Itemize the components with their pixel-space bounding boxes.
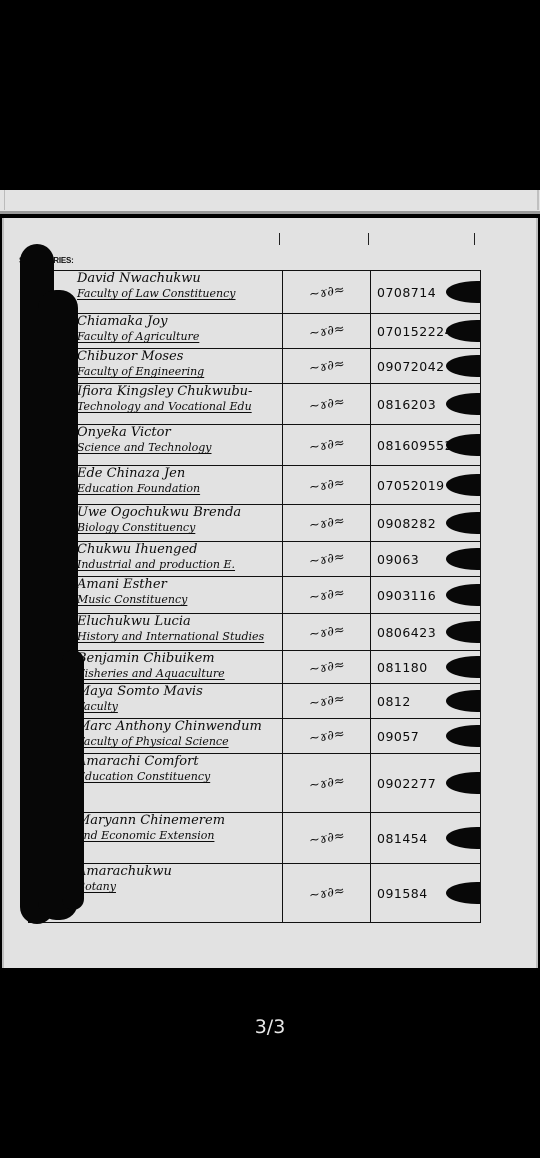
redaction-mark [62, 650, 84, 910]
phone-number: 0903116 [377, 588, 436, 603]
ruler-mark [368, 233, 369, 245]
table-row: Maya Somto MavisFaculty~ɤ∂≈0812 [29, 684, 481, 719]
signatory-name: Eluchukwu Lucia [77, 614, 282, 630]
signature-mark: ~ɤ∂≈ [308, 883, 346, 903]
signature-cell: ~ɤ∂≈ [283, 719, 371, 753]
signatory-name: Amarachi Comfort [77, 754, 282, 770]
signature-cell: ~ɤ∂≈ [283, 314, 371, 348]
phone-number: 0708714 [377, 285, 436, 300]
phone-cell: 081180 [371, 651, 481, 683]
phone-cell: 0806423 [371, 614, 481, 650]
signatory-name: Uwe Ogochukwu Brenda [77, 505, 282, 521]
signature-cell: ~ɤ∂≈ [283, 651, 371, 683]
table-row: Amani EstherMusic Constituency~ɤ∂≈090311… [29, 577, 481, 614]
signatory-name: Chiamaka Joy [77, 314, 282, 330]
signatory-faculty: Education Constituency [77, 770, 282, 784]
phone-redaction-scribble [446, 584, 481, 606]
signature-mark: ~ɤ∂≈ [308, 513, 346, 533]
phone-number: 09057 [377, 729, 419, 744]
signature-cell: ~ɤ∂≈ [283, 384, 371, 424]
signatory-faculty: Education Foundation [77, 482, 282, 496]
previous-page-edge [0, 190, 540, 214]
signatory-faculty: History and International Studies [77, 630, 282, 644]
phone-number: 0902277 [377, 776, 436, 791]
phone-redaction-scribble [446, 690, 481, 712]
phone-cell: 09057 [371, 719, 481, 753]
signature-mark: ~ɤ∂≈ [308, 726, 346, 746]
signatory-faculty: Biology Constituency [77, 521, 282, 535]
signatory-name: Chibuzor Moses [77, 349, 282, 365]
phone-number: 070152224 [377, 324, 453, 339]
phone-redaction-scribble [446, 548, 481, 570]
signatory-faculty: and Economic Extension [77, 829, 282, 843]
signature-cell: ~ɤ∂≈ [283, 614, 371, 650]
signature-cell: ~ɤ∂≈ [283, 466, 371, 504]
signatory-faculty: Botany [77, 880, 282, 894]
signatory-faculty: Faculty [77, 700, 282, 714]
phone-redaction-scribble [446, 882, 481, 904]
signatory-name: Marc Anthony Chinwendum [77, 719, 282, 735]
signatory-faculty: Industrial and production E. [77, 558, 282, 572]
signature-mark: ~ɤ∂≈ [308, 549, 346, 569]
signatory-faculty: Faculty of Engineering [77, 365, 282, 379]
signatory-name: Maya Somto Mavis [77, 684, 282, 700]
signature-mark: ~ɤ∂≈ [308, 435, 346, 455]
signature-mark: ~ɤ∂≈ [308, 657, 346, 677]
signatory-name: Amani Esther [77, 577, 282, 593]
table-row: Chukwu IhuengedIndustrial and production… [29, 542, 481, 577]
signature-mark: ~ɤ∂≈ [308, 282, 346, 302]
signatory-faculty: Fisheries and Aquaculture [77, 667, 282, 681]
phone-redaction-scribble [446, 512, 481, 534]
signature-mark: ~ɤ∂≈ [308, 475, 346, 495]
phone-redaction-scribble [446, 281, 481, 303]
phone-number: 09072042 [377, 359, 445, 374]
phone-redaction-scribble [446, 474, 481, 496]
phone-number: 07052019 [377, 478, 445, 493]
table-row: Amarachi ComfortEducation Constituency~ɤ… [29, 754, 481, 813]
signature-mark: ~ɤ∂≈ [308, 828, 346, 848]
phone-cell: 09063 [371, 542, 481, 576]
phone-number: 081180 [377, 660, 428, 675]
signature-mark: ~ɤ∂≈ [308, 321, 346, 341]
table-row: David NwachukwuFaculty of Law Constituen… [29, 271, 481, 314]
signature-cell: ~ɤ∂≈ [283, 864, 371, 922]
phone-number: 081454 [377, 831, 428, 846]
signature-mark: ~ɤ∂≈ [308, 622, 346, 642]
signature-cell: ~ɤ∂≈ [283, 349, 371, 383]
signatory-faculty: Music Constituency [77, 593, 282, 607]
signatory-faculty: Faculty of Physical Science [77, 735, 282, 749]
signatories-table: David NwachukwuFaculty of Law Constituen… [28, 270, 481, 923]
table-row: Ifiora Kingsley Chukwubu-Technology and … [29, 384, 481, 425]
table-row: Chibuzor MosesFaculty of Engineering~ɤ∂≈… [29, 349, 481, 384]
table-row: Onyeka VictorScience and Technology~ɤ∂≈0… [29, 425, 481, 466]
signature-cell: ~ɤ∂≈ [283, 542, 371, 576]
signatory-name: Maryann Chinemerem [77, 813, 282, 829]
phone-redaction-scribble [446, 621, 481, 643]
phone-cell: 0902277 [371, 754, 481, 812]
signature-mark: ~ɤ∂≈ [308, 356, 346, 376]
phone-redaction-scribble [446, 827, 481, 849]
phone-number: 0812 [377, 694, 411, 709]
table-row: AmarachukwuBotany~ɤ∂≈091584 [29, 864, 481, 923]
phone-cell: 0708714 [371, 271, 481, 313]
signature-cell: ~ɤ∂≈ [283, 425, 371, 465]
phone-cell: 0812 [371, 684, 481, 718]
phone-cell: 07052019 [371, 466, 481, 504]
signatory-name: Chukwu Ihuenged [77, 542, 282, 558]
phone-cell: 0816203 [371, 384, 481, 424]
table-row: Ede Chinaza JenEducation Foundation~ɤ∂≈0… [29, 466, 481, 505]
signatory-name: Benjamin Chibuikem [77, 651, 282, 667]
table-row: Maryann Chinemeremand Economic Extension… [29, 813, 481, 864]
phone-cell: 070152224 [371, 314, 481, 348]
signatory-faculty: Science and Technology [77, 441, 282, 455]
table-row: Chiamaka JoyFaculty of Agriculture~ɤ∂≈07… [29, 314, 481, 349]
signatory-name: Amarachukwu [77, 864, 282, 880]
phone-number: 09063 [377, 552, 419, 567]
ruler-mark [474, 233, 475, 245]
signature-mark: ~ɤ∂≈ [308, 773, 346, 793]
phone-redaction-scribble [446, 772, 481, 794]
signature-cell: ~ɤ∂≈ [283, 754, 371, 812]
table-row: Marc Anthony ChinwendumFaculty of Physic… [29, 719, 481, 754]
signatory-name: Ifiora Kingsley Chukwubu- [77, 384, 282, 400]
phone-cell: 091584 [371, 864, 481, 922]
phone-cell: 0903116 [371, 577, 481, 613]
phone-number: 0806423 [377, 625, 436, 640]
table-row: Uwe Ogochukwu BrendaBiology Constituency… [29, 505, 481, 542]
phone-cell: 081454 [371, 813, 481, 863]
signatory-faculty: Faculty of Law Constituency [77, 287, 282, 301]
signature-mark: ~ɤ∂≈ [308, 585, 346, 605]
signatory-name: David Nwachukwu [77, 271, 282, 287]
phone-number: 0816203 [377, 397, 436, 412]
signature-cell: ~ɤ∂≈ [283, 505, 371, 541]
signatory-name: Ede Chinaza Jen [77, 466, 282, 482]
phone-redaction-scribble [446, 355, 481, 377]
signatory-faculty: Faculty of Agriculture [77, 330, 282, 344]
table-row: Benjamin ChibuikemFisheries and Aquacult… [29, 651, 481, 684]
phone-cell: 08160955220 [371, 425, 481, 465]
signature-cell: ~ɤ∂≈ [283, 813, 371, 863]
signature-mark: ~ɤ∂≈ [308, 394, 346, 414]
phone-redaction-scribble [446, 656, 481, 678]
signatory-name: Onyeka Victor [77, 425, 282, 441]
signature-cell: ~ɤ∂≈ [283, 684, 371, 718]
phone-cell: 09072042 [371, 349, 481, 383]
ruler-mark [279, 233, 280, 245]
phone-number: 0908282 [377, 516, 436, 531]
signature-cell: ~ɤ∂≈ [283, 271, 371, 313]
phone-redaction-scribble [446, 725, 481, 747]
phone-number: 091584 [377, 886, 428, 901]
phone-cell: 0908282 [371, 505, 481, 541]
page-indicator: 3/3 [0, 1016, 540, 1038]
signatory-faculty: Technology and Vocational Edu [77, 400, 282, 414]
signature-cell: ~ɤ∂≈ [283, 577, 371, 613]
signature-mark: ~ɤ∂≈ [308, 691, 346, 711]
table-row: Eluchukwu LuciaHistory and International… [29, 614, 481, 651]
phone-redaction-scribble [446, 393, 481, 415]
